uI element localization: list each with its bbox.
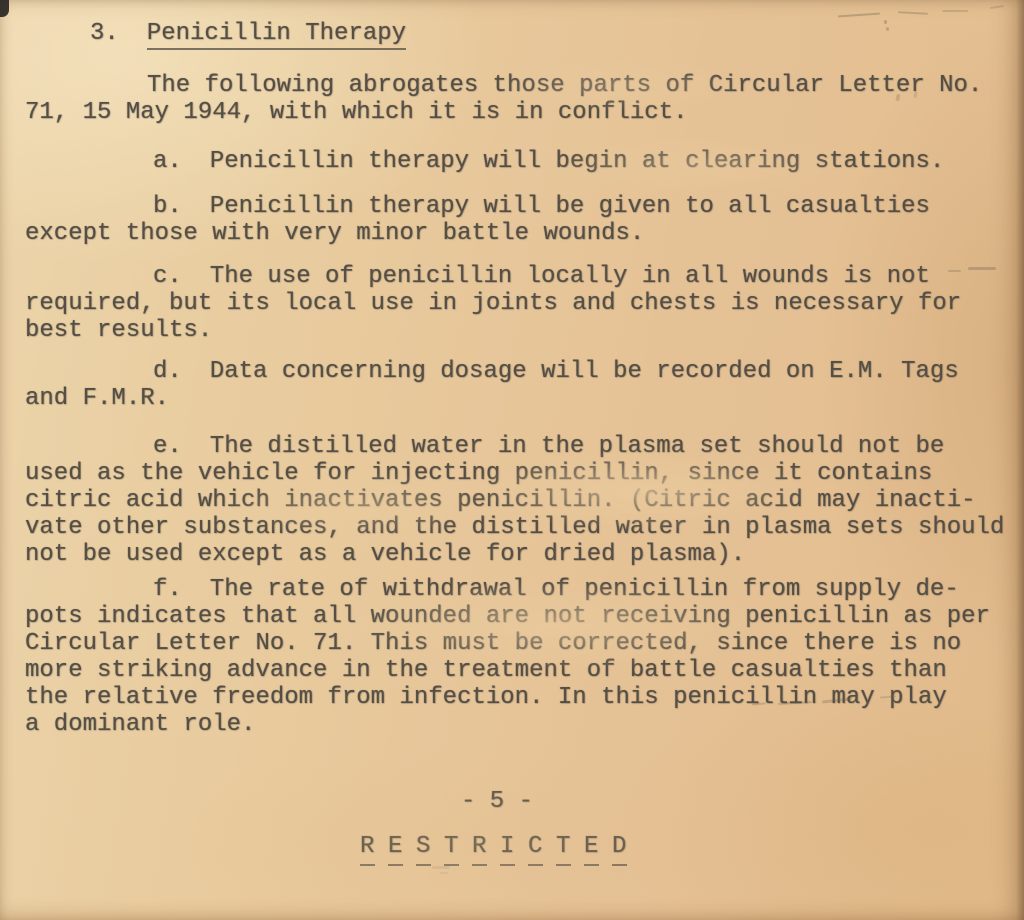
text-line: d.Data concerning dosage will be recorde…	[25, 358, 1024, 385]
pencil-mark	[942, 10, 968, 12]
text-line: not be used except as a vehicle for drie…	[25, 541, 1024, 568]
text-line: The following abrogates those parts of C…	[25, 72, 1024, 99]
smudge-mark	[440, 872, 448, 874]
text-line: b.Penicillin therapy will be given to al…	[25, 193, 1024, 220]
text-line: 71, 15 May 1944, with which it is in con…	[25, 99, 1024, 126]
text-line: Circular Letter No. 71. This must be cor…	[25, 630, 1024, 657]
pencil-dash	[948, 270, 961, 272]
item-text: The rate of withdrawal of penicillin fro…	[210, 576, 959, 603]
text-line: a.Penicillin therapy will begin at clear…	[25, 148, 1024, 175]
section-heading: 3.Penicillin Therapy	[90, 20, 1024, 47]
scanned-document-page: 3.Penicillin Therapy The following abrog…	[0, 0, 1024, 920]
text-line: pots indicates that all wounded are not …	[25, 603, 1024, 630]
item-label: f.	[153, 576, 182, 603]
page-number: - 5 -	[0, 788, 1024, 815]
text-line: more striking advance in the treatment o…	[25, 657, 1024, 684]
item-label: b.	[153, 193, 182, 220]
text-line: e.The distilled water in the plasma set …	[25, 433, 1024, 460]
text-line: citric acid which inactivates penicillin…	[25, 487, 1024, 514]
list-item-b: b.Penicillin therapy will be given to al…	[0, 193, 1024, 247]
list-item-f: f.The rate of withdrawal of penicillin f…	[0, 576, 1024, 738]
section-title: Penicillin Therapy	[147, 20, 406, 50]
text-line: c.The use of penicillin locally in all w…	[25, 263, 1024, 290]
list-item-d: d.Data concerning dosage will be recorde…	[0, 358, 1024, 412]
text-line: vate other substances, and the distilled…	[25, 514, 1024, 541]
item-label: a.	[153, 148, 182, 175]
item-text: Penicillin therapy will be given to all …	[210, 193, 930, 220]
classification-restricted: RESTRICTED	[0, 836, 1012, 866]
text-line: required, but its local use in joints an…	[25, 290, 1024, 317]
text-line: best results.	[25, 317, 1024, 344]
text-line: f.The rate of withdrawal of penicillin f…	[25, 576, 1024, 603]
document-content: 3.Penicillin Therapy The following abrog…	[0, 0, 1024, 920]
intro-paragraph: The following abrogates those parts of C…	[0, 72, 1024, 126]
item-label: d.	[153, 358, 182, 385]
list-item-c: c.The use of penicillin locally in all w…	[0, 263, 1024, 344]
text-line: the relative freedom from infection. In …	[25, 684, 1024, 711]
pencil-mark	[884, 20, 887, 24]
text-line: a dominant role.	[25, 711, 1024, 738]
item-text: Data concerning dosage will be recorded …	[210, 358, 959, 385]
item-label: c.	[153, 263, 182, 290]
page-edge-shadow	[1016, 0, 1024, 920]
list-item-e: e.The distilled water in the plasma set …	[0, 433, 1024, 568]
item-text: The distilled water in the plasma set sh…	[210, 433, 945, 460]
text-line: except those with very minor battle woun…	[25, 220, 1024, 247]
text-line: used as the vehicle for injecting penici…	[25, 460, 1024, 487]
item-text: The use of penicillin locally in all wou…	[210, 263, 930, 290]
pencil-dash	[968, 267, 996, 270]
item-text: Penicillin therapy will begin at clearin…	[210, 148, 945, 175]
smudge-mark	[432, 866, 450, 869]
pencil-mark	[886, 27, 889, 31]
text-line: and F.M.R.	[25, 385, 1024, 412]
section-number: 3.	[90, 20, 119, 47]
list-item-a: a.Penicillin therapy will begin at clear…	[0, 148, 1024, 175]
item-label: e.	[153, 433, 182, 460]
